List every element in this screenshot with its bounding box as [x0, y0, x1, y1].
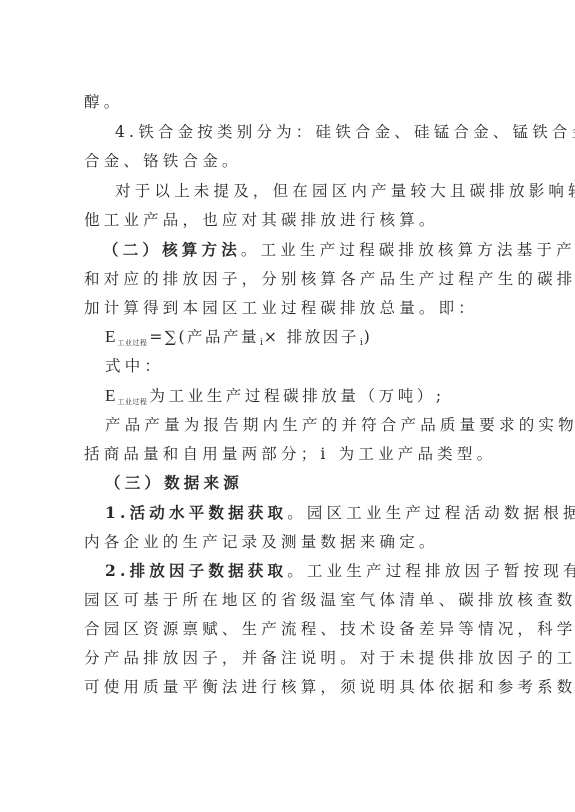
subsection-line: 2.排放因子数据获取。工业生产过程排放因子暂按现有数据， [105, 561, 527, 581]
formula-subscript: 工业过程 [117, 339, 147, 347]
formula-text: ) [364, 328, 373, 346]
formula: E工业过程=∑(产品产量i× 排放因子i) [105, 327, 527, 353]
paragraph-text: 。园区工业生产过程活动数据根据核算期 [287, 504, 575, 522]
paragraph-line: 醇。 [84, 92, 506, 112]
paragraph-line: 对于以上未提及，但在园区内产量较大且碳排放影响较大的其 [115, 181, 537, 201]
paragraph-text: 为工业生产过程碳排放量（万吨）; [149, 387, 444, 405]
paragraph-line: 括商品量和自用量两部分；i 为工业产品类型。 [84, 444, 506, 464]
section-heading-text: （三）数据来源 [105, 473, 243, 492]
formula-symbol: E [105, 386, 115, 405]
subsection-line: 1.活动水平数据获取。园区工业生产过程活动数据根据核算期 [105, 503, 527, 523]
paragraph-line: 4.铁合金按类别分为：硅铁合金、硅锰合金、锰铁合金、镍铁 [115, 122, 537, 142]
formula-index: i [360, 338, 363, 348]
paragraph-line: 合金、铬铁合金。 [84, 151, 506, 171]
paragraph-line: 园区可基于所在地区的省级温室气体清单、碳排放核查数据等，结 [84, 590, 506, 610]
subsection-heading: 2.排放因子数据获取 [105, 561, 287, 580]
section-heading: （三）数据来源 [105, 473, 527, 493]
section-heading-line: （二）核算方法。工业生产过程碳排放核算方法基于产品产量 [103, 240, 525, 260]
paragraph-line: 内各企业的生产记录及测量数据来确定。 [84, 532, 506, 552]
paragraph-line: 他工业产品，也应对其碳排放进行核算。 [84, 210, 506, 230]
formula-text: × 排放因子 [264, 328, 359, 346]
formula-definition: E工业过程为工业生产过程碳排放量（万吨）; [105, 386, 527, 412]
formula-subscript: 工业过程 [117, 398, 147, 406]
paragraph-line: 产品产量为报告期内生产的并符合产品质量要求的实物量，包 [105, 415, 527, 435]
paragraph-line: 合园区资源禀赋、生产流程、技术设备差异等情况，科学测算使用 [84, 619, 506, 639]
paragraph-text: 。工业生产过程碳排放核算方法基于产品产量 [241, 241, 575, 259]
paragraph-line: 加计算得到本园区工业过程碳排放总量。即： [84, 298, 506, 318]
document-page: 醇。 4.铁合金按类别分为：硅铁合金、硅锰合金、锰铁合金、镍铁 合金、铬铁合金。… [0, 0, 575, 812]
formula-symbol: E [105, 327, 115, 346]
section-heading: （二）核算方法 [103, 240, 241, 259]
formula-text: =∑(产品产量 [149, 328, 259, 346]
paragraph-line: 分产品排放因子，并备注说明。对于未提供排放因子的工业产品， [84, 648, 506, 668]
formula-index: i [260, 338, 263, 348]
paragraph-text: 。工业生产过程排放因子暂按现有数据， [287, 562, 575, 580]
paragraph-line: 和对应的排放因子，分别核算各产品生产过程产生的碳排放量，累 [84, 269, 506, 289]
subsection-heading: 1.活动水平数据获取 [105, 503, 287, 522]
paragraph-line: 可使用质量平衡法进行核算，须说明具体依据和参考系数。 [84, 677, 506, 697]
paragraph-line: 式中： [105, 356, 527, 376]
